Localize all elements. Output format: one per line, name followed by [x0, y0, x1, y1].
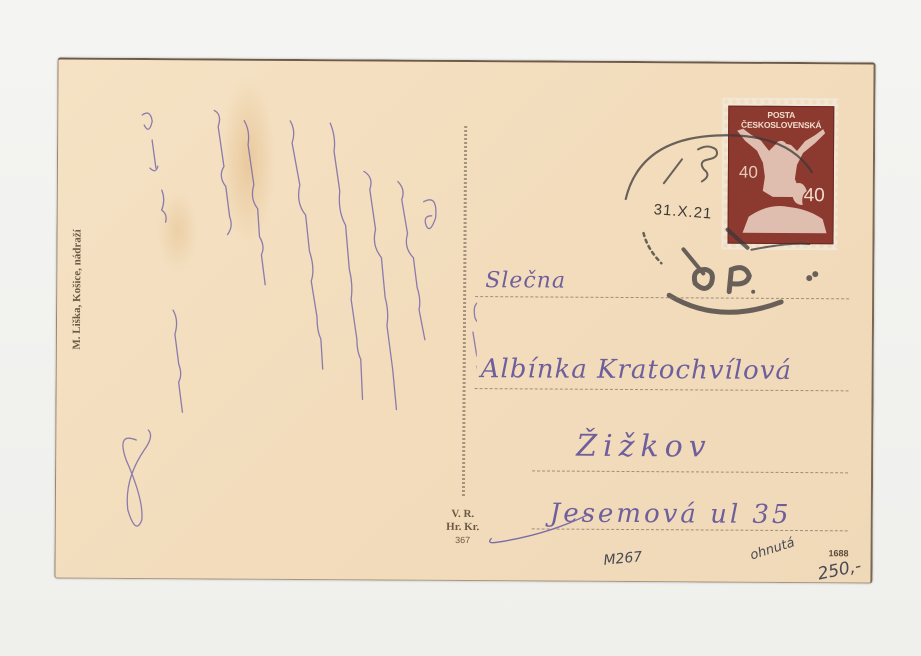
dealer-condition-note: ohnutá	[748, 535, 796, 563]
address-line-3	[532, 470, 848, 473]
address-line-2	[475, 388, 849, 391]
postcard: M. Liška, Košice, nádraží V. R. Hr. Kr. …	[54, 58, 875, 584]
address-flourish	[476, 508, 596, 549]
printer-imprint: M. Liška, Košice, nádraží	[71, 229, 84, 349]
handwritten-message	[116, 80, 479, 542]
catalog-number: 1688	[829, 548, 849, 558]
dealer-price: 250,-	[816, 556, 863, 584]
dealer-reference: M267	[603, 549, 643, 569]
address-name: Albínka Kratochvílová	[481, 354, 792, 386]
postmark-cancel	[613, 123, 854, 334]
address-salutation: Slečna	[485, 268, 566, 293]
address-town: Žižkov	[576, 429, 712, 465]
